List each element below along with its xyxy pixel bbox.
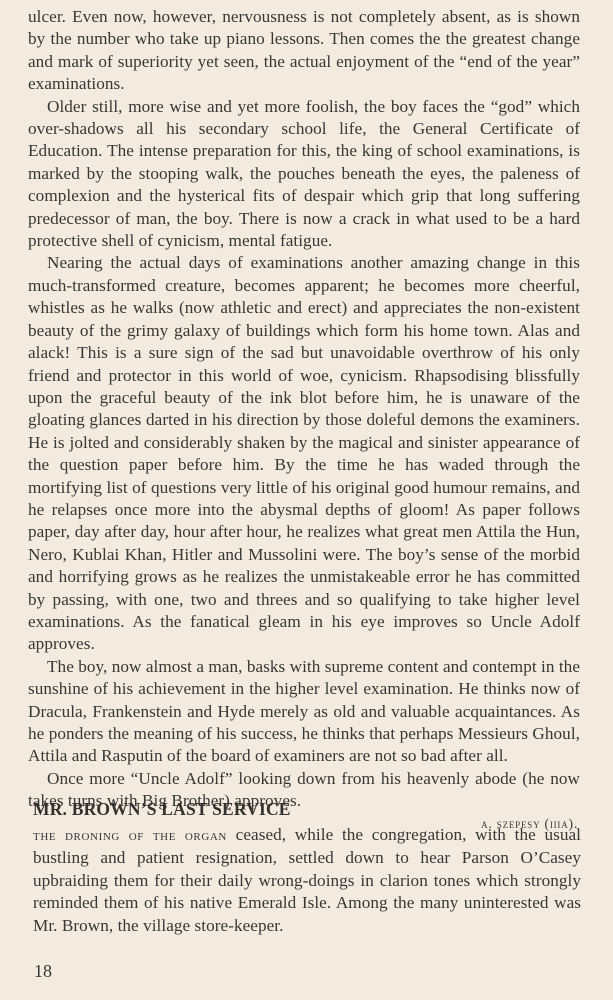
- paragraph-nearing-examinations: Nearing the actual days of examinations …: [28, 252, 580, 655]
- article-continuation: ulcer. Even now, however, nervousness is…: [28, 6, 580, 835]
- article-mr-browns-last-service: MR. BROWN’S LAST SERVICE THE DRONING OF …: [33, 798, 581, 937]
- article-opening-paragraph: THE DRONING OF THE ORGAN ceased, while t…: [33, 824, 581, 937]
- article-title: MR. BROWN’S LAST SERVICE: [33, 798, 581, 820]
- lead-in-small-caps: THE DRONING OF THE ORGAN: [33, 827, 227, 844]
- page-number: 18: [34, 960, 52, 982]
- paragraph-ulcer: ulcer. Even now, however, nervousness is…: [28, 6, 580, 96]
- paragraph-almost-a-man: The boy, now almost a man, basks with su…: [28, 656, 580, 768]
- paragraph-older-still: Older still, more wise and yet more fool…: [28, 96, 580, 253]
